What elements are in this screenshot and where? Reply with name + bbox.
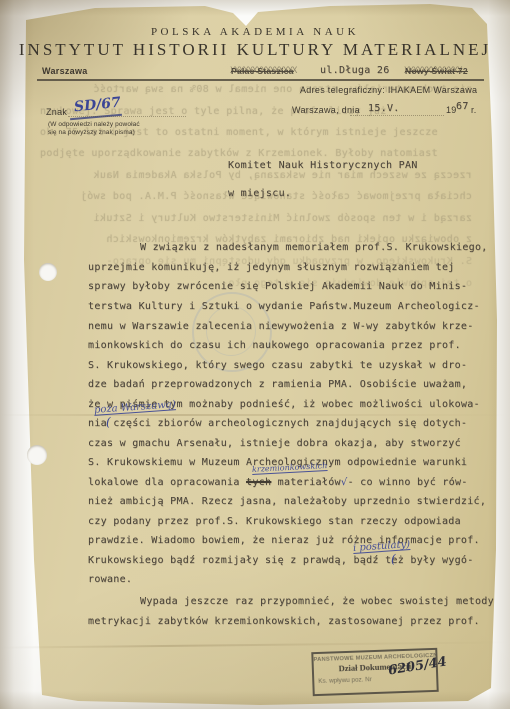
letterhead-rule — [37, 79, 484, 81]
overtype-x-marks: XXXXXXXXXXXXX — [404, 66, 461, 76]
addressee-place: w miejscu. — [228, 188, 291, 199]
body-line: S. Krukowskiego, który swego czasu zabyt… — [88, 360, 467, 371]
body-line: czy podany przez prof.S. Krukowskiego st… — [88, 516, 461, 527]
letterhead-org-name: POLSKA AKADEMIA NAUK — [0, 26, 510, 38]
znak-note-line1: (W odpowiedzi należy powołać — [48, 121, 140, 129]
bleedthrough-line: podjęte uporządkowanie zabytków z Krzemi… — [40, 148, 472, 159]
body-text: - co winno być rów- — [348, 477, 468, 488]
scanned-letter-page: nie tych materiałów, stracą one niemal w… — [0, 0, 510, 709]
addressee-name: Komitet Nauk Historycznych PAN — [228, 160, 418, 171]
body-line: Krukowskiego bądź rozmijały się z prawdą… — [88, 555, 474, 566]
body-line: dze badań przeprowadzonych z ramienia PM… — [88, 379, 467, 390]
body-line: terstwa Kultury i Sztuki o wydanie Państ… — [88, 301, 480, 312]
struck-word: tych — [246, 477, 271, 488]
body-line: nież ambicją PMA. Rzecz jasna, należałob… — [88, 496, 486, 507]
body-line: nemu w Warszawie zalecenia niewywożenia … — [88, 321, 474, 332]
bleedthrough-line: rzeczą ze wszech miar nie wskazaną, by P… — [40, 170, 472, 181]
znak-form-line — [68, 104, 186, 117]
telegraph-label: Adres telegraficzny: — [300, 85, 385, 95]
year-suffix: r. — [471, 105, 477, 115]
year-typed-value: 67 — [456, 101, 469, 112]
znak-label: Znak — [46, 107, 67, 117]
body-line: W związku z nadesłanym memoriałem prof.S… — [88, 242, 488, 253]
hole-punch — [27, 445, 47, 465]
body-line: sprawy byłoby zwrócenie się Polskiej Aka… — [88, 281, 467, 292]
insertion-paren: ( — [106, 415, 111, 429]
insertion-check-mark: √ — [341, 477, 348, 488]
body-line: Wypada jeszcze raz przypomnieć, że wobec… — [88, 596, 494, 607]
znak-note-line2: się na powyższy znak pisma) — [48, 129, 140, 137]
telegraph-value: IHAKAEM Warszawa — [388, 85, 477, 95]
letterhead-city: Warszawa — [42, 66, 88, 76]
hole-punch — [39, 263, 57, 281]
body-line-with-correction: lokalowe dla opracowania tych materiałów… — [88, 477, 468, 488]
date-typed-value: 15.V. — [368, 103, 400, 114]
stamp-entry-label: Ks. wpływu poz. Nr — [314, 674, 436, 685]
body-line: czas w gmachu Arsenału, istnieje dobra o… — [88, 438, 461, 449]
bleedthrough-line: zarząd i w ten sposób zwolnić Ministerst… — [40, 213, 472, 224]
body-line: mionkowskich do czasu ich naukowego opra… — [88, 340, 461, 351]
insertion-paren: ( — [391, 552, 396, 566]
body-line: uprzejmie komunikuję, iż jedynym słuszny… — [88, 262, 455, 273]
letterhead-institute-name: INSTYTUT HISTORII KULTURY MATERIALNEJ — [0, 40, 510, 60]
body-text: lokalowe dla opracowania — [88, 477, 246, 488]
telegraph-address: Adres telegraficzny: IHAKAEM Warszawa — [300, 85, 477, 95]
body-line: metrykacji zabytków krzemionkowskich, za… — [88, 616, 480, 627]
body-line: prawdzie. Wiadomo bowiem, że nieraz już … — [88, 535, 480, 546]
overtype-x-marks: XXXXXXXXXXXXXXX — [230, 66, 296, 76]
body-line: nia części zbiorów archeologicznych znaj… — [88, 418, 467, 429]
address-current: ul.Długa 26 — [320, 65, 390, 76]
body-line: rowane. — [88, 574, 132, 585]
body-text: materiałów — [271, 477, 341, 488]
